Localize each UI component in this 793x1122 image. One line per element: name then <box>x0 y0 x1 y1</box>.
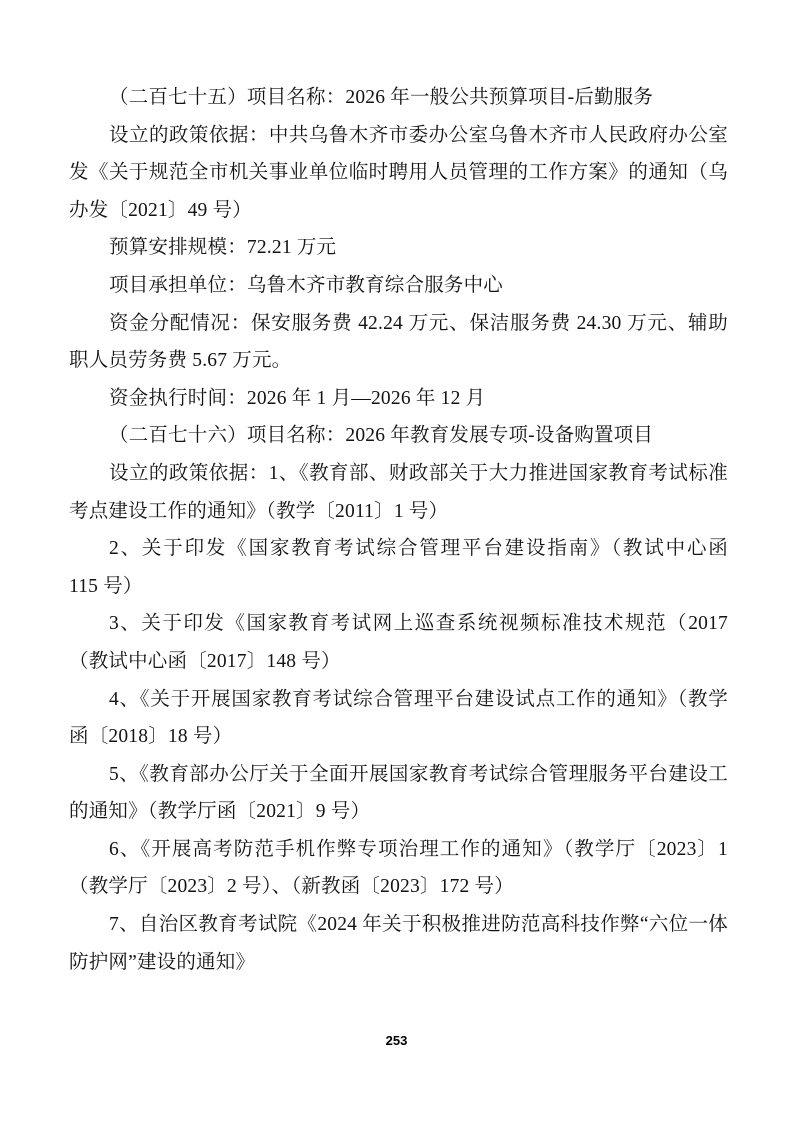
text-body: （二百七十五）项目名称：2026 年一般公共预算项目-后勤服务设立的政策依据：中… <box>69 79 728 981</box>
text-line: 2、关于印发《国家教育考试综合管理平台建设指南》（教试中心函〔2017〕 <box>69 530 728 568</box>
text-line: 的通知》（教学厅函〔2021〕9 号） <box>69 793 728 831</box>
text-line: （教学厅〔2023〕2 号）、（新教函〔2023〕172 号） <box>69 868 728 906</box>
text-line: 职人员劳务费 5.67 万元。 <box>69 342 728 380</box>
page-number: 253 <box>0 1033 793 1048</box>
text-line: （二百七十五）项目名称：2026 年一般公共预算项目-后勤服务 <box>69 79 728 117</box>
text-line: 考点建设工作的通知》（教学〔2011〕1 号） <box>69 493 728 531</box>
text-line: 函〔2018〕18 号） <box>69 718 728 756</box>
text-line: 4、《关于开展国家教育考试综合管理平台建设试点工作的通知》（教学厅 <box>69 681 728 719</box>
text-line: 预算安排规模：72.21 万元 <box>69 229 728 267</box>
text-line: 资金分配情况：保安服务费 42.24 万元、保洁服务费 24.30 万元、辅助履 <box>69 305 728 343</box>
text-line: 办发〔2021〕49 号） <box>69 192 728 230</box>
text-line: 资金执行时间：2026 年 1 月—2026 年 12 月 <box>69 380 728 418</box>
text-line: 7、自治区教育考试院《2024 年关于积极推进防范高科技作弊“六位一体 <box>69 906 728 944</box>
text-line: （二百七十六）项目名称：2026 年教育发展专项-设备购置项目 <box>69 417 728 455</box>
text-line: 设立的政策依据：中共乌鲁木齐市委办公室乌鲁木齐市人民政府办公室印 <box>69 117 728 155</box>
text-line: 项目承担单位：乌鲁木齐市教育综合服务中心 <box>69 267 728 305</box>
text-line: 115 号） <box>69 568 728 606</box>
text-line: 发《关于规范全市机关事业单位临时聘用人员管理的工作方案》的通知（乌党 <box>69 154 728 192</box>
text-line: 5、《教育部办公厅关于全面开展国家教育考试综合管理服务平台建设工作 <box>69 756 728 794</box>
text-line: 设立的政策依据：1、《教育部、财政部关于大力推进国家教育考试标准化 <box>69 455 728 493</box>
document-page: （二百七十五）项目名称：2026 年一般公共预算项目-后勤服务设立的政策依据：中… <box>0 0 793 1122</box>
text-line: 6、《开展高考防范手机作弊专项治理工作的通知》（教学厅〔2023〕1 号）、 <box>69 831 728 869</box>
text-line: 3、关于印发《国家教育考试网上巡查系统视频标准技术规范（2017 版)》 <box>69 605 728 643</box>
text-line: （教试中心函〔2017〕148 号） <box>69 643 728 681</box>
text-line: 防护网”建设的通知》 <box>69 944 728 982</box>
